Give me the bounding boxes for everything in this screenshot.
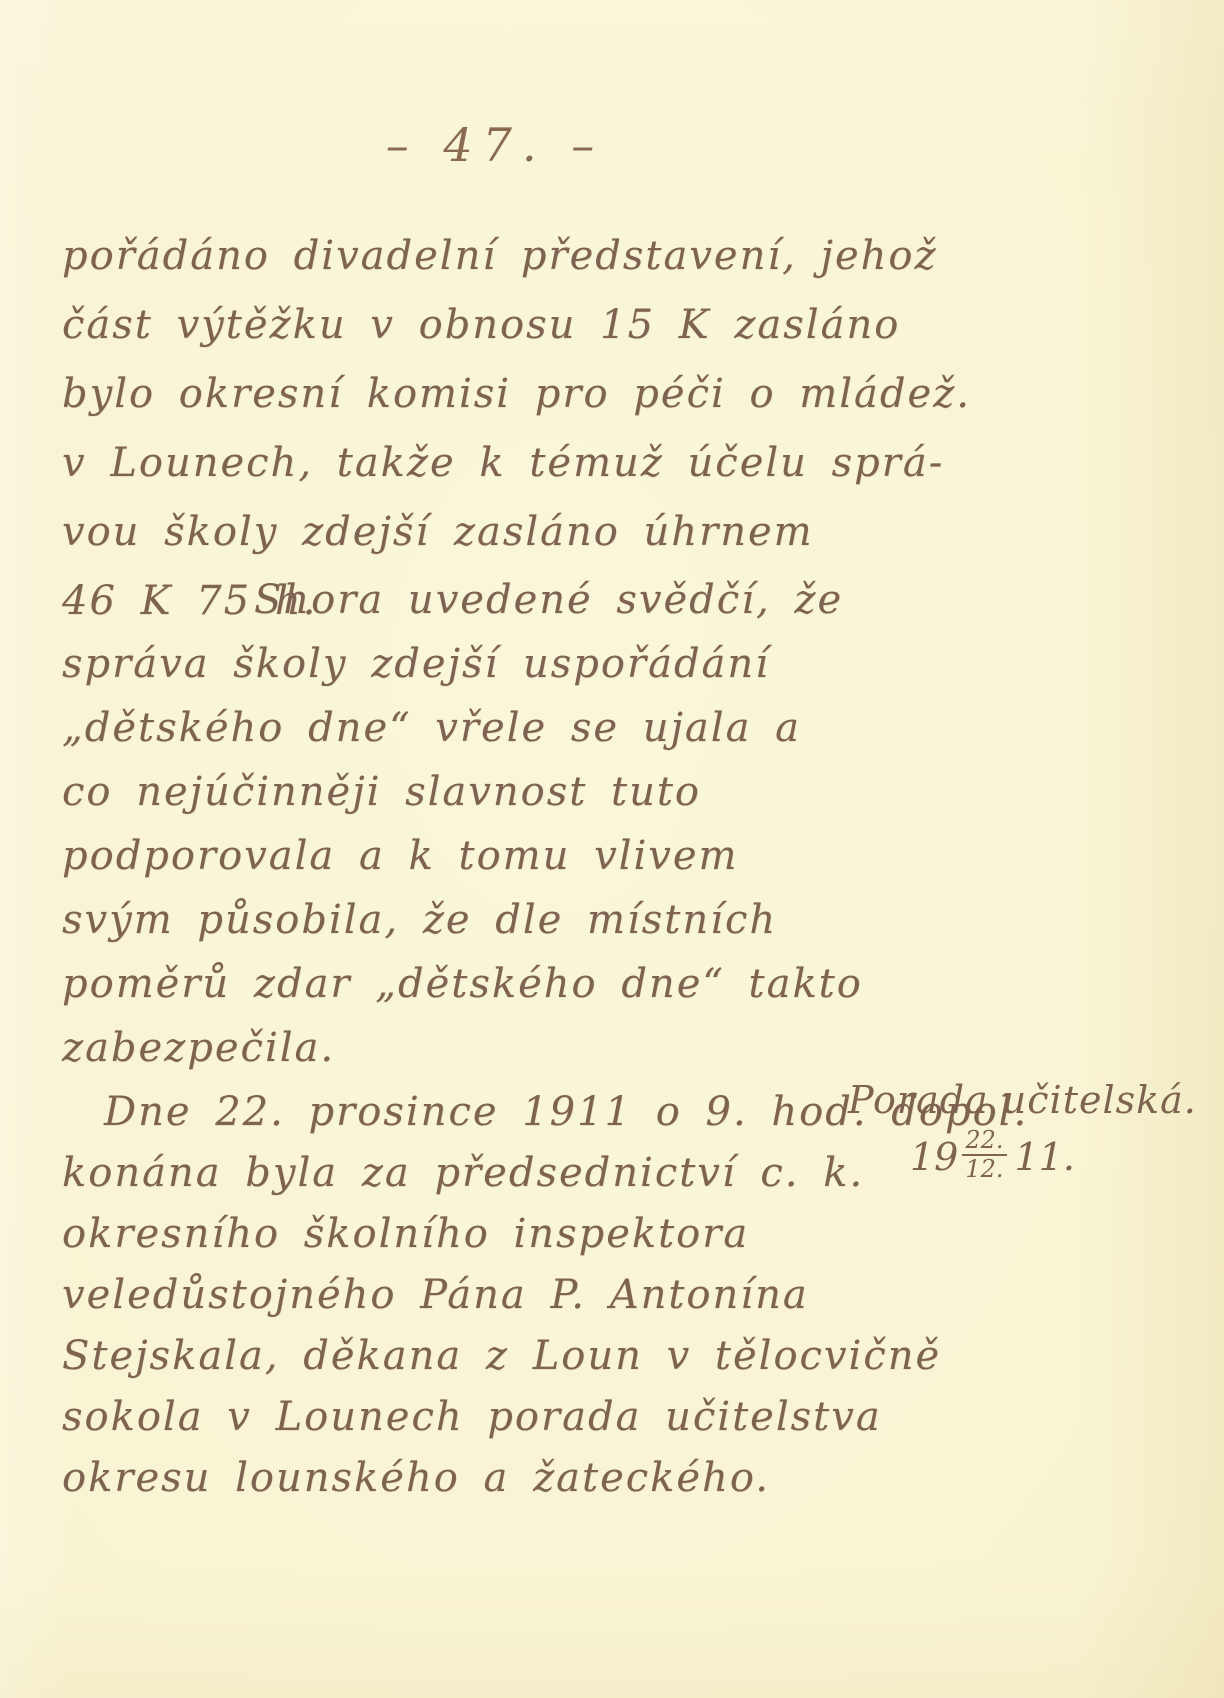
text-line: v Lounech, takže k témuž účelu sprá- (62, 429, 882, 498)
margin-note-day: 22. (962, 1128, 1006, 1156)
paragraph-3: Dne 22. prosince 1911 o 9. hod. dopol. k… (62, 1082, 882, 1509)
margin-note: Porada učitelská. 19 22. 12. 11. (848, 1078, 1224, 1184)
text-line: zabezpečila. (62, 1016, 882, 1080)
text-line: co nejúčinněji slavnost tuto (62, 760, 882, 824)
paragraph-2: Shora uvedené svědčí, že správa školy zd… (62, 568, 882, 1080)
margin-note-day-month-fraction: 22. 12. (962, 1128, 1006, 1182)
text-line: veledůstojného Pána P. Antonína (62, 1265, 882, 1326)
text-line: podporovala a k tomu vlivem (62, 824, 882, 888)
text-line: okresu lounského a žateckého. (62, 1448, 882, 1509)
page-number-heading: – 47. – (0, 118, 990, 172)
text-line: Stejskala, děkana z Loun v tělocvičně (62, 1326, 882, 1387)
text-line: poměrů zdar „dětského dne“ takto (62, 952, 882, 1016)
manuscript-page: – 47. – pořádáno divadelní představení, … (0, 0, 1224, 1698)
text-line: vou školy zdejší zasláno úhrnem (62, 498, 882, 567)
text-line: konána byla za předsednictví c. k. (62, 1143, 882, 1204)
margin-note-year-suffix: 11. (1015, 1135, 1075, 1179)
text-line: okresního školního inspektora (62, 1204, 882, 1265)
margin-note-date: 19 22. 12. 11. (910, 1130, 1224, 1184)
text-line: Dne 22. prosince 1911 o 9. hod. dopol. (62, 1082, 882, 1143)
text-line: Shora uvedené svědčí, že (62, 568, 882, 632)
text-line: správa školy zdejší uspořádání (62, 632, 882, 696)
margin-note-year-prefix: 19 (910, 1135, 958, 1179)
text-line: bylo okresní komisi pro péči o mládež. (62, 360, 882, 429)
text-line: pořádáno divadelní představení, jehož (62, 222, 882, 291)
margin-note-title: Porada učitelská. (848, 1078, 1224, 1122)
margin-note-month: 12. (965, 1156, 1003, 1182)
text-line: svým působila, že dle místních (62, 888, 882, 952)
text-line: „dětského dne“ vřele se ujala a (62, 696, 882, 760)
text-line: část výtěžku v obnosu 15 K zasláno (62, 291, 882, 360)
text-line: sokola v Lounech porada učitelstva (62, 1387, 882, 1448)
